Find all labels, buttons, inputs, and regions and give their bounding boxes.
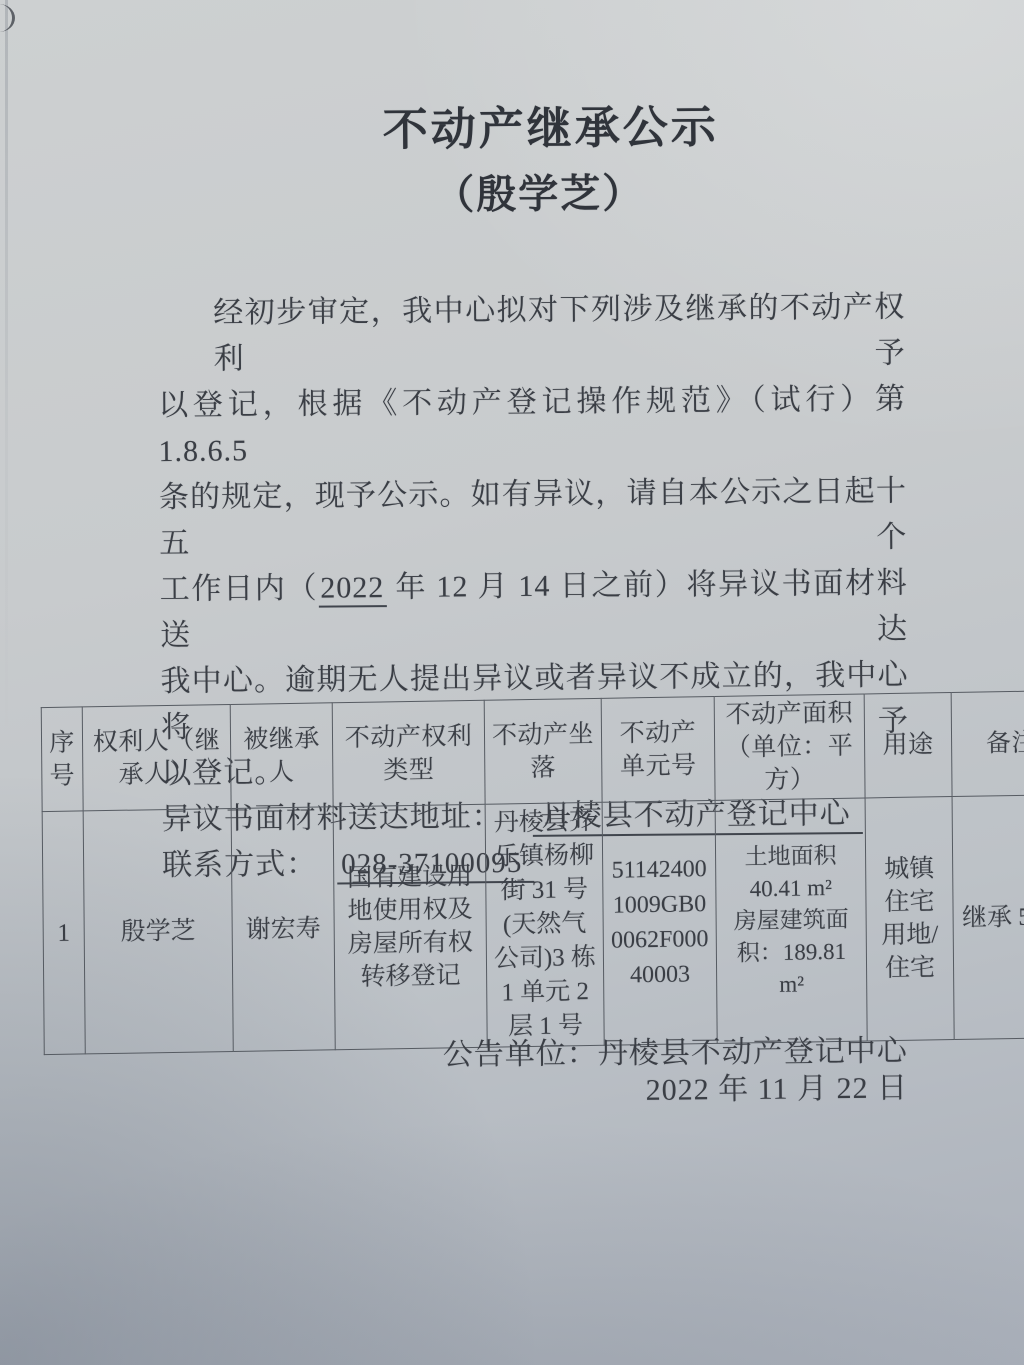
col-header-usage: 用途	[864, 693, 952, 798]
table-row: 1 殷学芝 谢宏寿 国有建设用地使用权及房屋所有权转移登记 丹棱县齐乐镇杨柳街 …	[42, 795, 1024, 1055]
col-header-remark: 备注	[951, 691, 1024, 797]
notice-table: 序号 权利人（继承人） 被继承人 不动产权利类型 不动产坐落 不动产单元号 不动…	[41, 690, 1024, 1055]
cell-unit-no: 511424001009GB00062F00040003	[602, 800, 717, 1045]
page-subtitle: （殷学芝）	[0, 158, 1024, 224]
col-header-right-type: 不动产权利类型	[332, 700, 485, 807]
col-header-decedent: 被继承人	[230, 703, 333, 809]
col-header-location: 不动产坐落	[484, 698, 602, 804]
col-header-seq: 序号	[41, 707, 83, 812]
body-line-4: 工作日内（2022 年 12 月 14 日之前）将异议书面材料送达	[160, 561, 909, 660]
footer-block: 公告单位：丹棱县不动产登记中心 2022 年 11 月 22 日	[443, 1033, 909, 1111]
footer-date: 2022 年 11 月 22 日	[443, 1070, 908, 1111]
cell-location: 丹棱县齐乐镇杨柳街 31 号(天然气公司)3 栋 1 单元 2 层 1 号	[485, 802, 604, 1047]
table-header-row: 序号 权利人（继承人） 被继承人 不动产权利类型 不动产坐落 不动产单元号 不动…	[41, 691, 1024, 812]
cell-right-type: 国有建设用地使用权及房屋所有权转移登记	[333, 804, 487, 1050]
cell-heir: 殷学芝	[83, 808, 233, 1053]
document-photo: 不动产继承公示 （殷学芝） 经初步审定，我中心拟对下列涉及继承的不动产权利予 以…	[0, 0, 1024, 1365]
footer-issuer: 公告单位：丹棱县不动产登记中心	[443, 1033, 908, 1074]
area-building: 房屋建筑面积：189.81 m²	[729, 904, 854, 1002]
cell-seq: 1	[42, 811, 85, 1055]
area-land: 土地面积 40.41 m²	[728, 840, 853, 906]
page-content: 不动产继承公示 （殷学芝） 经初步审定，我中心拟对下列涉及继承的不动产权利予 以…	[0, 0, 1024, 1365]
cell-area: 土地面积 40.41 m² 房屋建筑面积：189.81 m²	[715, 798, 867, 1043]
body-line-1: 经初步审定，我中心拟对下列涉及继承的不动产权利予	[157, 285, 906, 384]
cell-remark: 继承 50%	[952, 795, 1024, 1040]
deadline-year-underlined: 2022	[318, 571, 386, 608]
deadline-pre: 工作日内（	[160, 572, 319, 606]
body-line-2: 以登记，根据《不动产登记操作规范》（试行）第 1.8.6.5	[158, 377, 907, 476]
cell-decedent: 谢宏寿	[231, 807, 335, 1052]
col-header-unit-no: 不动产单元号	[601, 696, 715, 802]
body-line-3: 条的规定，现予公示。如有异议，请自本公示之日起十五个	[159, 469, 908, 568]
col-header-heir: 权利人（继承人）	[82, 704, 231, 810]
cell-usage: 城镇住宅用地/住宅	[865, 797, 954, 1041]
page-title: 不动产继承公示	[0, 87, 1024, 162]
notice-table-wrapper: 序号 权利人（继承人） 被继承人 不动产权利类型 不动产坐落 不动产单元号 不动…	[41, 690, 1024, 1055]
col-header-area: 不动产面积（单位：平方）	[714, 694, 865, 800]
